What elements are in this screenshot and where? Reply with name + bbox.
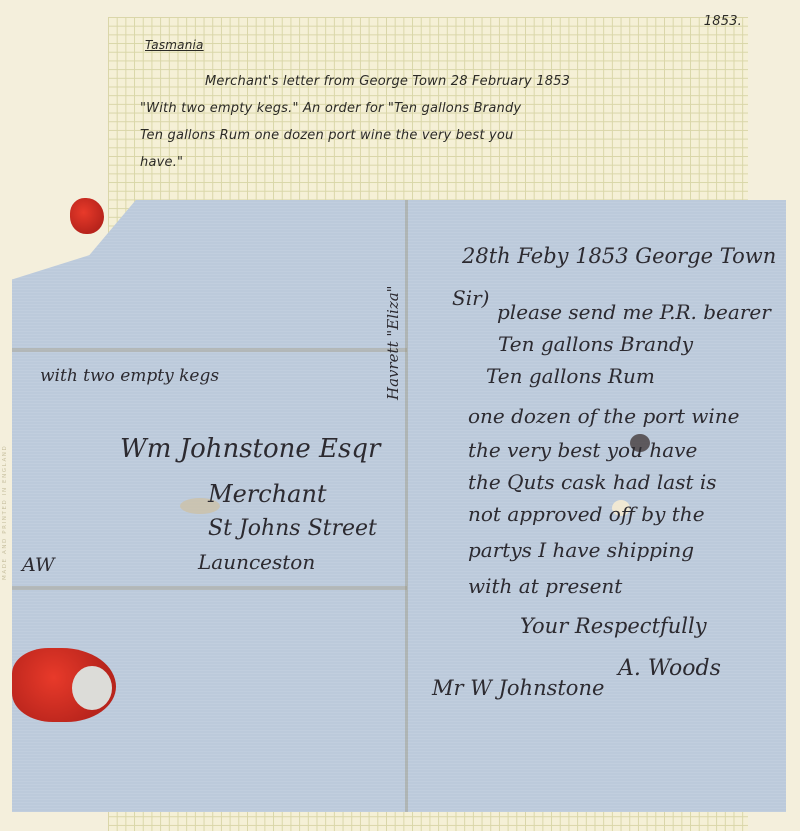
description-line: have." bbox=[140, 155, 183, 170]
addressee-name: Wm Johnstone Esqr bbox=[120, 434, 380, 464]
letter-line: please send me P.R. bearer bbox=[497, 300, 771, 324]
center-fold-line bbox=[405, 200, 408, 812]
fold-line bbox=[12, 348, 407, 352]
wax-seal-top bbox=[70, 198, 104, 234]
description-line: Ten gallons Rum one dozen port wine the … bbox=[140, 128, 514, 143]
folded-letter-sheet: with two empty kegs Wm Johnstone Esqr Me… bbox=[12, 200, 786, 812]
letter-line: Ten gallons Brandy bbox=[498, 332, 693, 356]
letter-dateline: 28th Feby 1853 George Town bbox=[462, 244, 776, 268]
sender-initials: AW bbox=[22, 554, 54, 576]
region-title: Tasmania bbox=[145, 38, 204, 52]
year-label: 1853. bbox=[704, 14, 742, 29]
letter-line: partys I have shipping bbox=[468, 538, 694, 562]
letter-recipient-line: Mr W Johnstone bbox=[432, 676, 604, 700]
letter-line: the Quts cask had last is bbox=[468, 470, 717, 494]
letter-line: with at present bbox=[468, 574, 622, 598]
vertical-note: Havrett "Eliza" bbox=[384, 285, 402, 400]
description-line: "With two empty kegs." An order for "Ten… bbox=[140, 101, 521, 116]
addressee-street: St Johns Street bbox=[208, 516, 377, 541]
letter-line: Ten gallons Rum bbox=[486, 364, 655, 388]
letter-line: the very best you have bbox=[468, 438, 697, 462]
description-line: Merchant's letter from George Town 28 Fe… bbox=[205, 74, 570, 89]
letter-signature: A. Woods bbox=[618, 656, 721, 681]
addressee-town: Launceston bbox=[198, 550, 315, 574]
letter-salutation: Sir) bbox=[452, 286, 489, 310]
address-note: with two empty kegs bbox=[40, 366, 219, 386]
letter-closing: Your Respectfully bbox=[520, 614, 707, 638]
letter-line: one dozen of the port wine bbox=[468, 404, 740, 428]
letter-line: not approved off by the bbox=[468, 502, 705, 526]
wax-seal-bottom bbox=[12, 648, 116, 722]
fold-line bbox=[12, 586, 407, 590]
addressee-title: Merchant bbox=[208, 480, 327, 508]
